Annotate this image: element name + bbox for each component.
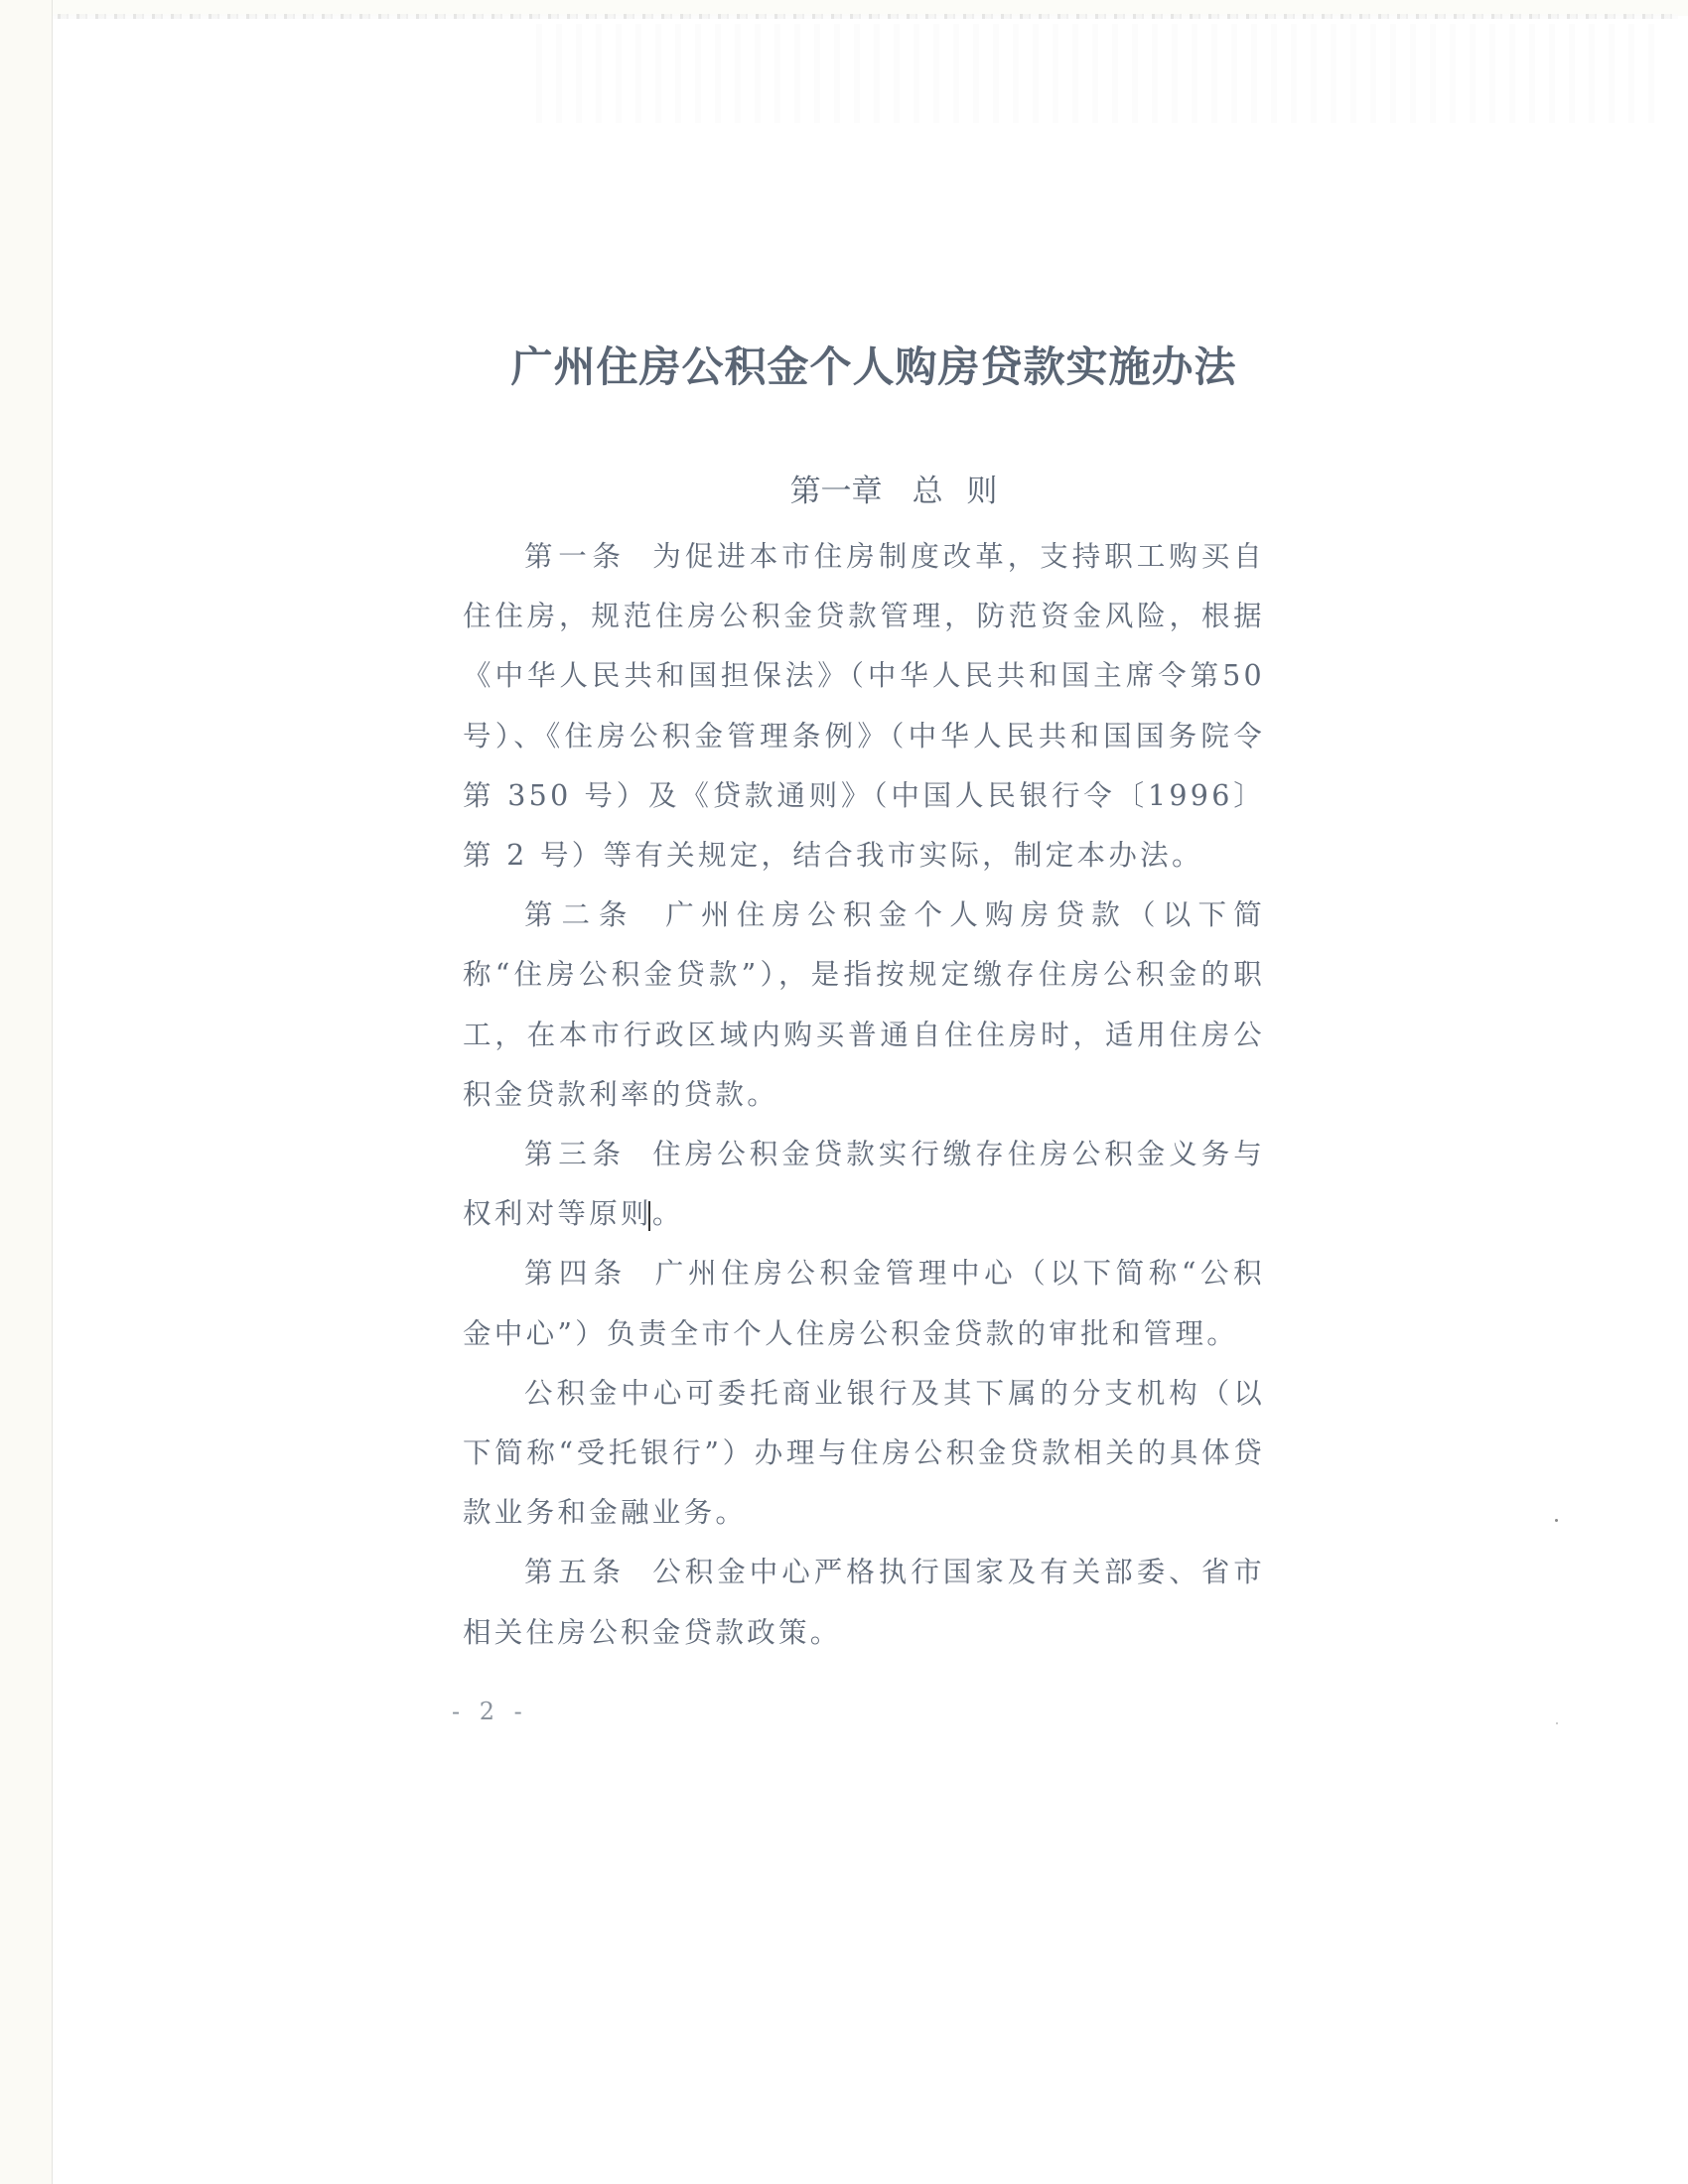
article-paragraph: 第四条广州住房公积金管理中心（以下简称“公积金中心”）负责全市个人住房公积金贷款… — [463, 1244, 1265, 1363]
article-number: 第三条 — [524, 1138, 627, 1170]
chapter-number: 第一章 — [790, 474, 883, 509]
article-paragraph: 第二条广州住房公积金个人购房贷款（以下简称“住房公积金贷款”），是指按规定缴存住… — [463, 886, 1265, 1125]
article-number: 第二条 — [524, 898, 635, 931]
article-paragraph: 第五条公积金中心严格执行国家及有关部委、省市相关住房公积金贷款政策。 — [463, 1543, 1265, 1662]
paragraph-text: 公积金中心可委托商业银行及其下属的分支机构（以下简称“受托银行”）办理与住房公积… — [463, 1377, 1265, 1529]
document-title: 广州住房公积金个人购房贷款实施办法 — [0, 338, 1688, 397]
page-number: - 2 - — [452, 1698, 528, 1725]
chapter-heading: 第一章总 则 — [0, 467, 1688, 516]
continuation-paragraph: 公积金中心可委托商业银行及其下属的分支机构（以下简称“受托银行”）办理与住房公积… — [463, 1364, 1265, 1544]
article-text: 为促进本市住房制度改革，支持职工购买自住住房，规范住房公积金贷款管理，防范资金风… — [463, 540, 1265, 872]
article-paragraph: 第一条为促进本市住房制度改革，支持职工购买自住住房，规范住房公积金贷款管理，防范… — [463, 527, 1265, 886]
article-number: 第四条 — [524, 1257, 628, 1290]
article-paragraph: 第三条住房公积金贷款实行缴存住房公积金义务与权利对等原则。 — [463, 1125, 1265, 1244]
article-number: 第五条 — [524, 1556, 627, 1588]
article-number: 第一条 — [524, 540, 627, 573]
chapter-name: 总 则 — [913, 474, 998, 509]
scan-speck — [1555, 1519, 1558, 1522]
scan-speck — [1556, 1722, 1558, 1724]
document-body: 第一条为促进本市住房制度改革，支持职工购买自住住房，规范住房公积金贷款管理，防范… — [463, 527, 1265, 1663]
article-text-end: 。 — [652, 1197, 684, 1230]
document-page: 广州住房公积金个人购房贷款实施办法 第一章总 则 第一条为促进本市住房制度改革，… — [0, 0, 1688, 2184]
text-cursor-mark — [648, 1201, 650, 1231]
